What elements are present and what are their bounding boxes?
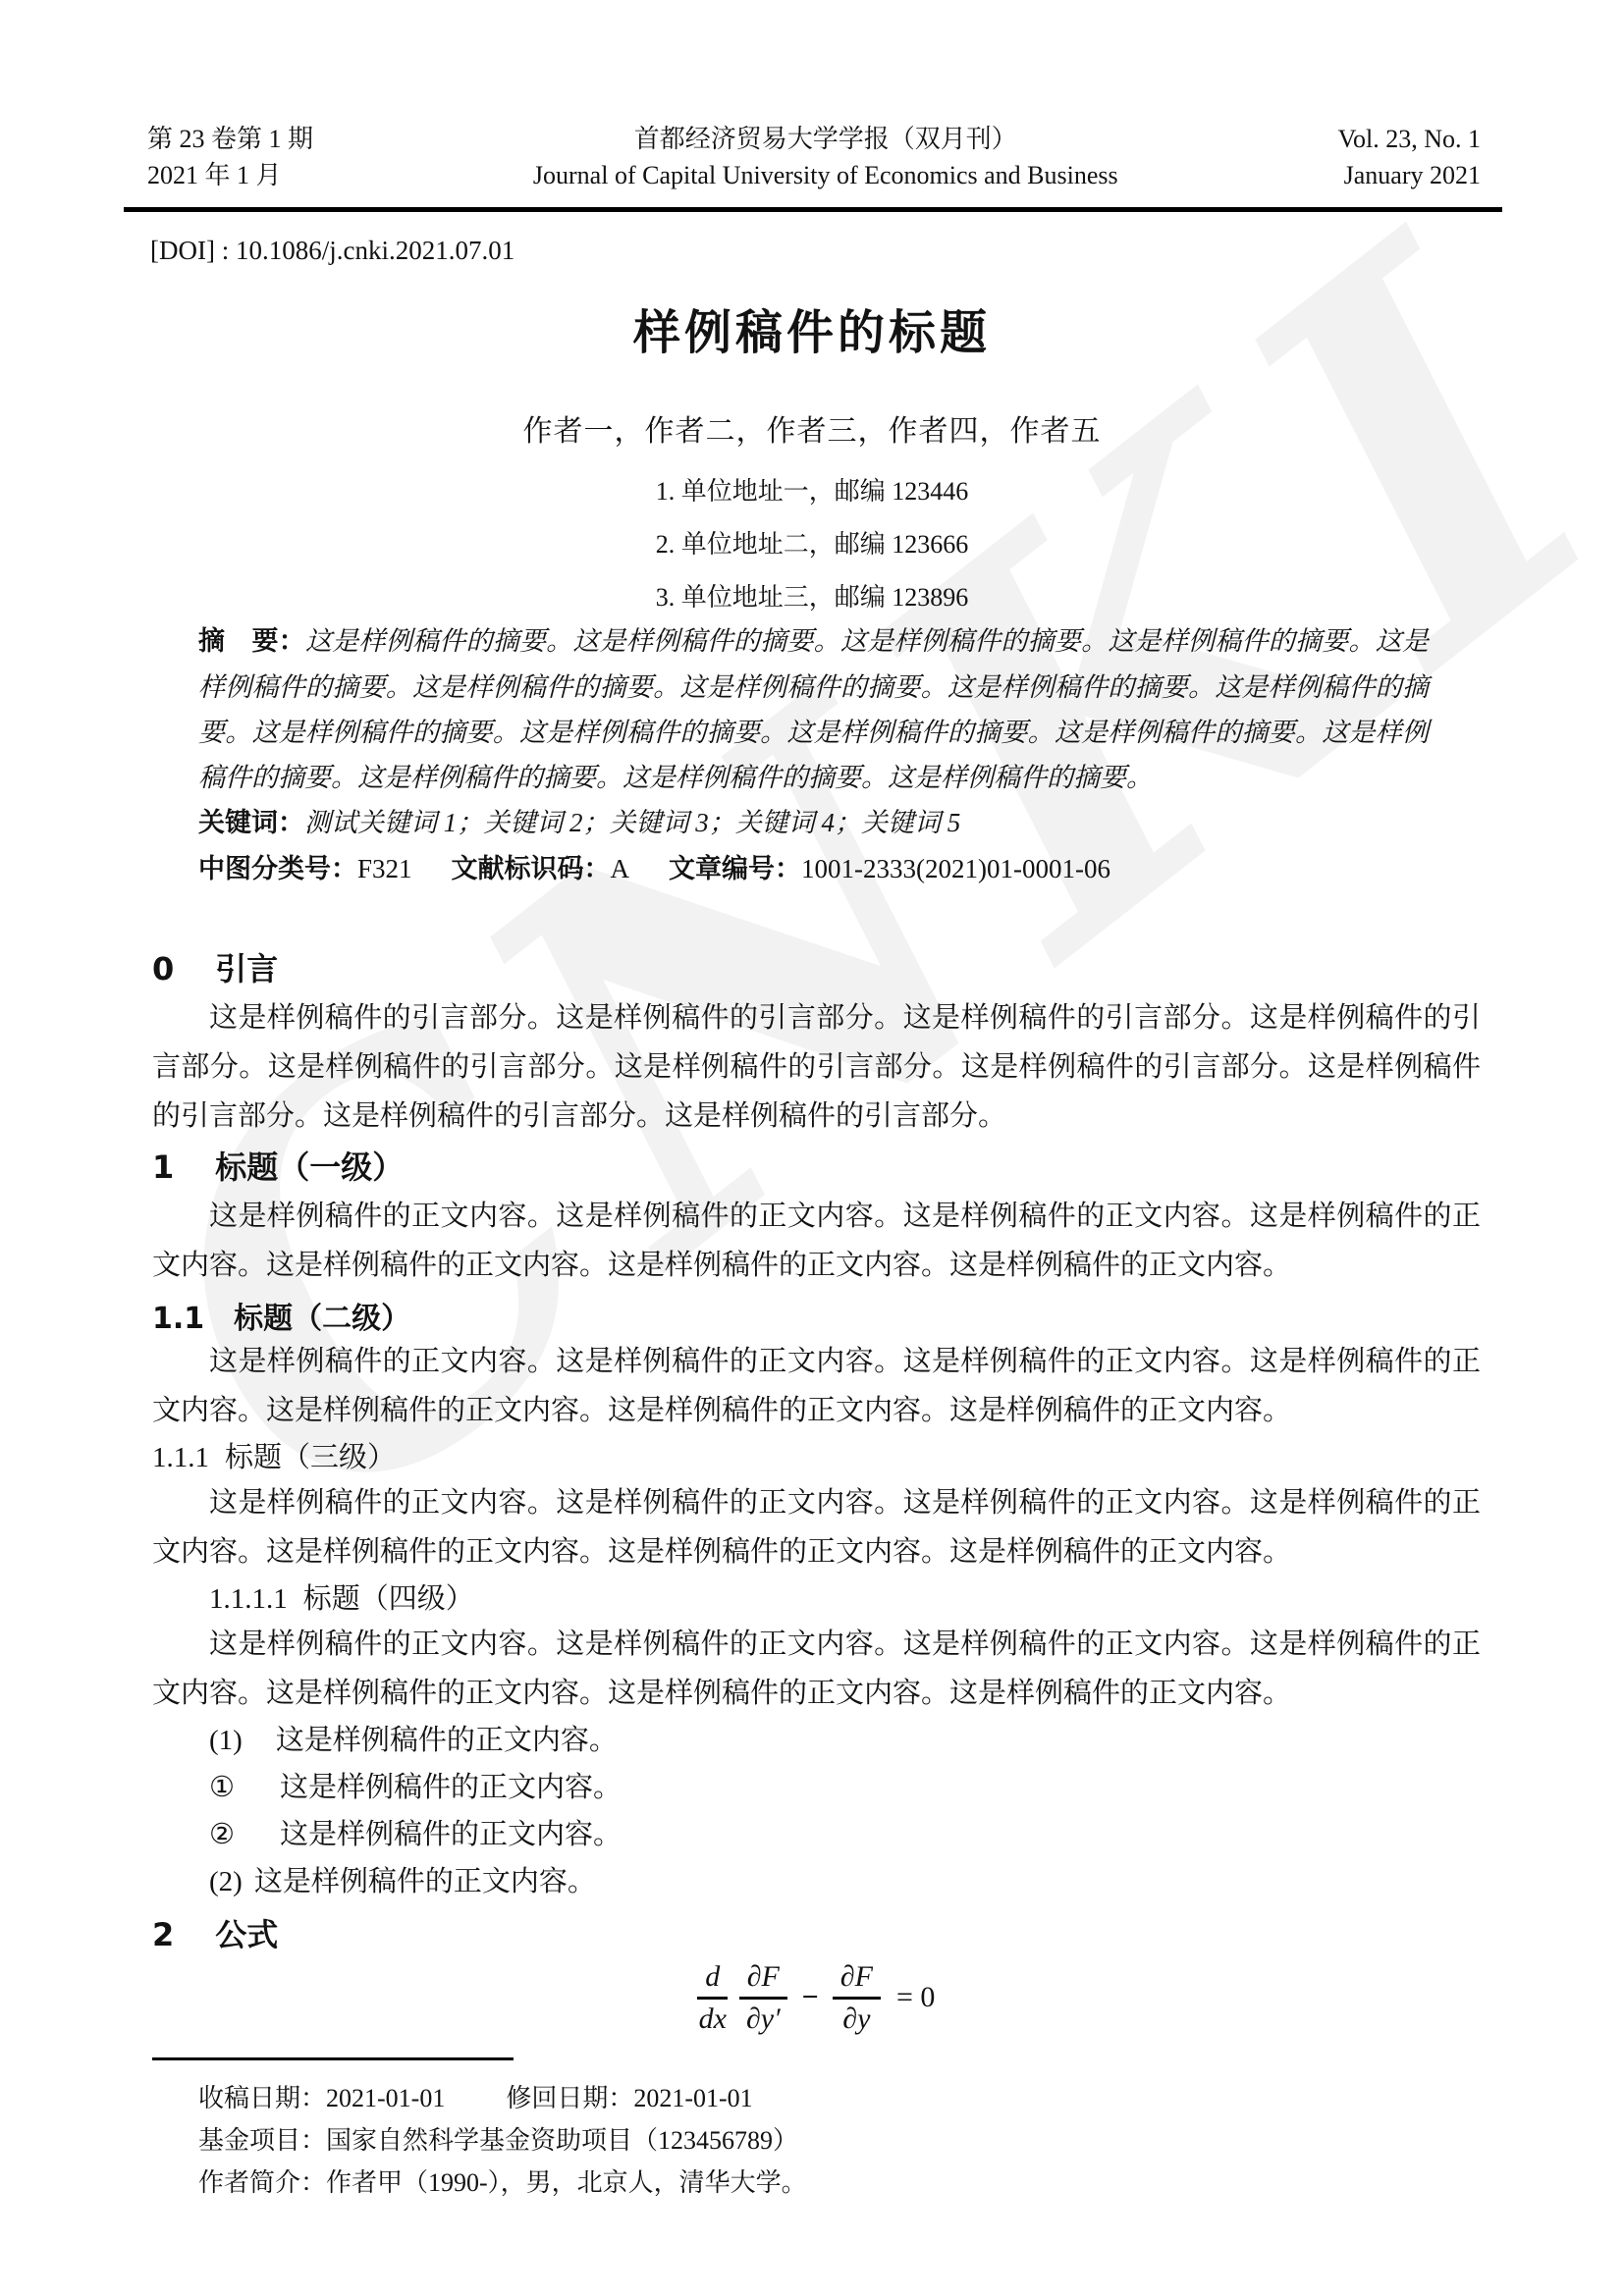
heading-number: 1.1.1.1	[209, 1583, 288, 1616]
journal-page: CNKI 第 23 卷第 1 期 2021 年 1 月 首都经济贸易大学学报（双…	[0, 0, 1624, 2296]
list-text: 这是样例稿件的正文内容。	[280, 1819, 622, 1850]
heading-text: 标题（三级）	[225, 1442, 396, 1473]
keywords-label: 关键词：	[198, 808, 304, 838]
received-label: 收稿日期：	[198, 2084, 326, 2112]
received-date: 2021-01-01	[326, 2084, 445, 2112]
heading-formula: 2公式	[152, 1910, 278, 1955]
heading-text: 标题（二级）	[234, 1302, 410, 1336]
list-item: (2)这是样例稿件的正文内容。	[209, 1859, 596, 1899]
fraction-dF-dy: ∂F ∂y	[833, 1961, 881, 2034]
numerator: ∂F	[833, 1961, 881, 2000]
heading-level3: 1.1.1标题（三级）	[152, 1435, 396, 1475]
list-marker: ②	[209, 1817, 235, 1851]
list-marker: (2)	[209, 1866, 243, 1898]
footnote-rule	[152, 2057, 514, 2060]
list-marker: (1)	[209, 1725, 243, 1757]
affiliation-3: 3. 单位地址三，邮编 123896	[0, 571, 1624, 624]
footnote-fund: 基金项目：国家自然科学基金资助项目（123456789）	[198, 2119, 807, 2162]
heading-text: 标题（四级）	[303, 1583, 474, 1615]
author-line: 作者一，作者二，作者三，作者四，作者五	[0, 406, 1624, 450]
revised-label: 修回日期：	[506, 2084, 633, 2112]
numerator: ∂F	[739, 1961, 787, 2000]
heading-level2: 1.1标题（二级）	[152, 1294, 410, 1337]
body-paragraph: 这是样例稿件的正文内容。这是样例稿件的正文内容。这是样例稿件的正文内容。这是样例…	[152, 1337, 1481, 1435]
list-text: 这是样例稿件的正文内容。	[276, 1725, 618, 1756]
bio-text: 作者甲（1990-），男，北京人，清华大学。	[326, 2168, 807, 2197]
doi-line: [DOI] : 10.1086/j.cnki.2021.07.01	[150, 236, 514, 266]
footnote-block: 收稿日期：2021-01-01修回日期：2021-01-01 基金项目：国家自然…	[198, 2077, 807, 2204]
heading-text: 公式	[215, 1916, 278, 1953]
classification-line: 中图分类号：F321文献标识码：A文章编号：1001-2333(2021)01-…	[198, 846, 1429, 892]
abstract-label: 摘 要：	[198, 626, 305, 657]
list-marker: ①	[209, 1770, 235, 1804]
doc-code-label: 文献标识码：	[452, 854, 611, 884]
clc-value: F321	[357, 854, 412, 883]
heading-number: 0	[152, 950, 174, 988]
list-text: 这是样例稿件的正文内容。	[254, 1866, 596, 1897]
equation: d dx ∂F ∂y′ − ∂F ∂y = 0	[0, 1961, 1624, 2034]
fund-label: 基金项目：	[198, 2126, 326, 2155]
doc-code-value: A	[611, 854, 630, 883]
affiliation-1: 1. 单位地址一，邮编 123446	[0, 465, 1624, 518]
volume-info: Vol. 23, No. 1 January 2021	[1338, 121, 1481, 193]
volume-number: Vol. 23, No. 1	[1338, 121, 1481, 157]
heading-level4: 1.1.1.1标题（四级）	[209, 1576, 474, 1617]
revised-date: 2021-01-01	[633, 2084, 752, 2112]
keywords-text: 测试关键词 1；关键词 2；关键词 3；关键词 4；关键词 5	[304, 808, 960, 837]
fraction-d-dx: d dx	[691, 1961, 734, 2034]
affiliation-2: 2. 单位地址二，邮编 123666	[0, 518, 1624, 571]
denominator: dx	[691, 2000, 734, 2035]
fund-text: 国家自然科学基金资助项目（123456789）	[326, 2126, 798, 2155]
issue-info: 第 23 卷第 1 期 2021 年 1 月	[147, 121, 313, 193]
heading-number: 1.1	[152, 1302, 204, 1336]
issue-month: January 2021	[1338, 157, 1481, 193]
denominator: ∂y′	[738, 2000, 788, 2035]
body-paragraph: 这是样例稿件的正文内容。这是样例稿件的正文内容。这是样例稿件的正文内容。这是样例…	[152, 1192, 1481, 1290]
article-title: 样例稿件的标题	[0, 294, 1624, 362]
abstract-paragraph: 摘 要：这是样例稿件的摘要。这是样例稿件的摘要。这是样例稿件的摘要。这是样例稿件…	[198, 618, 1429, 800]
equals-zero: = 0	[896, 1981, 935, 2014]
keywords-line: 关键词：测试关键词 1；关键词 2；关键词 3；关键词 4；关键词 5	[198, 800, 1429, 846]
heading-level1: 1标题（一级）	[152, 1143, 404, 1188]
journal-name: 首都经济贸易大学学报（双月刊） Journal of Capital Unive…	[313, 121, 1338, 193]
denominator: ∂y	[835, 2000, 878, 2035]
body-paragraph: 这是样例稿件的正文内容。这是样例稿件的正文内容。这是样例稿件的正文内容。这是样例…	[152, 1620, 1481, 1718]
journal-name-cn: 首都经济贸易大学学报（双月刊）	[313, 121, 1338, 157]
heading-text: 标题（一级）	[215, 1148, 404, 1186]
heading-number: 1.1.1	[152, 1442, 209, 1474]
body-paragraph: 这是样例稿件的正文内容。这是样例稿件的正文内容。这是样例稿件的正文内容。这是样例…	[152, 1478, 1481, 1576]
heading-text: 引言	[215, 950, 278, 988]
heading-number: 2	[152, 1916, 174, 1953]
header-rule	[124, 207, 1502, 212]
clc-label: 中图分类号：	[198, 854, 357, 884]
journal-name-en: Journal of Capital University of Economi…	[313, 157, 1338, 193]
abstract-text: 这是样例稿件的摘要。这是样例稿件的摘要。这是样例稿件的摘要。这是样例稿件的摘要。…	[198, 626, 1429, 792]
heading-introduction: 0引言	[152, 944, 278, 989]
bio-label: 作者简介：	[198, 2168, 326, 2197]
numerator: d	[697, 1961, 728, 2000]
abstract-block: 摘 要：这是样例稿件的摘要。这是样例稿件的摘要。这是样例稿件的摘要。这是样例稿件…	[198, 618, 1429, 892]
minus-sign: −	[802, 1981, 819, 2014]
list-item: ②这是样例稿件的正文内容。	[209, 1812, 622, 1852]
intro-paragraph: 这是样例稿件的引言部分。这是样例稿件的引言部分。这是样例稿件的引言部分。这是样例…	[152, 993, 1481, 1141]
footnote-bio: 作者简介：作者甲（1990-），男，北京人，清华大学。	[198, 2162, 807, 2204]
issue-volume: 第 23 卷第 1 期	[147, 121, 313, 157]
footnote-dates: 收稿日期：2021-01-01修回日期：2021-01-01	[198, 2077, 807, 2119]
list-item: (1)这是样例稿件的正文内容。	[209, 1718, 618, 1758]
list-item: ①这是样例稿件的正文内容。	[209, 1765, 622, 1805]
issue-date: 2021 年 1 月	[147, 157, 313, 193]
article-id-label: 文章编号：	[669, 854, 801, 884]
heading-number: 1	[152, 1148, 174, 1186]
list-text: 这是样例稿件的正文内容。	[280, 1772, 622, 1803]
fraction-dF-dyprime: ∂F ∂y′	[738, 1961, 788, 2034]
article-id-value: 1001-2333(2021)01-0001-06	[801, 854, 1110, 883]
affiliation-list: 1. 单位地址一，邮编 123446 2. 单位地址二，邮编 123666 3.…	[0, 465, 1624, 624]
running-head: 第 23 卷第 1 期 2021 年 1 月 首都经济贸易大学学报（双月刊） J…	[147, 121, 1481, 193]
